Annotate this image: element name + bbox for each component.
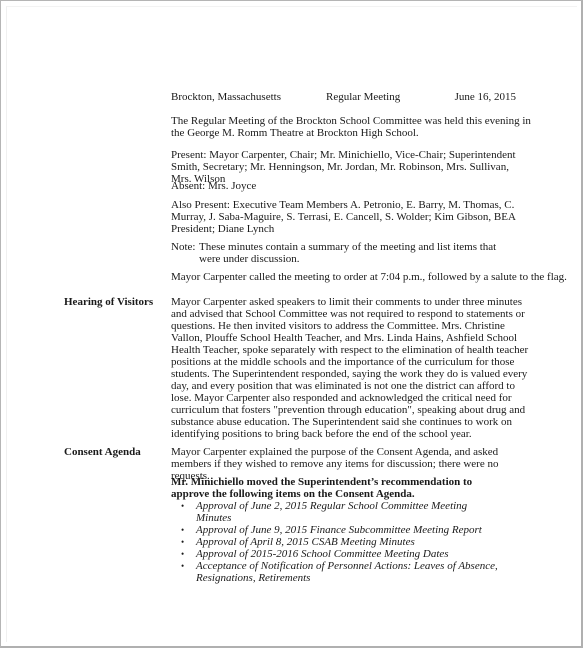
bullet-icon: • <box>181 500 184 512</box>
note-label: Note: <box>171 241 195 253</box>
consent-item: •Approval of June 2, 2015 Regular School… <box>171 500 501 524</box>
bullet-icon: • <box>181 524 184 536</box>
header-date: June 16, 2015 <box>455 91 516 103</box>
section-label-consent-agenda: Consent Agenda <box>64 446 141 458</box>
consent-item: •Approval of April 8, 2015 CSAB Meeting … <box>171 536 501 548</box>
consent-item-text: Acceptance of Notification of Personnel … <box>196 560 498 584</box>
consent-agenda-motion: Mr. Minichiello moved the Superintendent… <box>171 476 506 500</box>
bullet-icon: • <box>181 560 184 572</box>
consent-item-text: Approval of April 8, 2015 CSAB Meeting M… <box>196 536 415 548</box>
consent-item: •Approval of 2015-2016 School Committee … <box>171 548 501 560</box>
intro-paragraph: The Regular Meeting of the Brockton Scho… <box>171 115 531 139</box>
consent-item-text: Approval of 2015-2016 School Committee M… <box>196 548 449 560</box>
document-header: Brockton, Massachusetts Regular Meeting … <box>171 91 516 103</box>
consent-item-text: Approval of June 2, 2015 Regular School … <box>196 500 467 524</box>
consent-item: •Acceptance of Notification of Personnel… <box>171 560 501 584</box>
header-meeting-type: Regular Meeting <box>326 91 400 103</box>
also-present-paragraph: Also Present: Executive Team Members A. … <box>171 199 531 235</box>
header-location: Brockton, Massachusetts <box>171 91 281 103</box>
note-text: These minutes contain a summary of the m… <box>199 241 519 265</box>
consent-item-text: Approval of June 9, 2015 Finance Subcomm… <box>196 524 482 536</box>
consent-item: •Approval of June 9, 2015 Finance Subcom… <box>171 524 501 536</box>
absent-paragraph: Absent: Mrs. Joyce <box>171 180 531 192</box>
bullet-icon: • <box>181 548 184 560</box>
section-label-hearing-of-visitors: Hearing of Visitors <box>64 296 153 308</box>
bullet-icon: • <box>181 536 184 548</box>
call-to-order-paragraph: Mayor Carpenter called the meeting to or… <box>171 271 531 283</box>
hearing-of-visitors-text: Mayor Carpenter asked speakers to limit … <box>171 296 529 440</box>
meeting-minutes-document: Brockton, Massachusetts Regular Meeting … <box>0 0 585 650</box>
consent-agenda-items: •Approval of June 2, 2015 Regular School… <box>171 500 501 584</box>
